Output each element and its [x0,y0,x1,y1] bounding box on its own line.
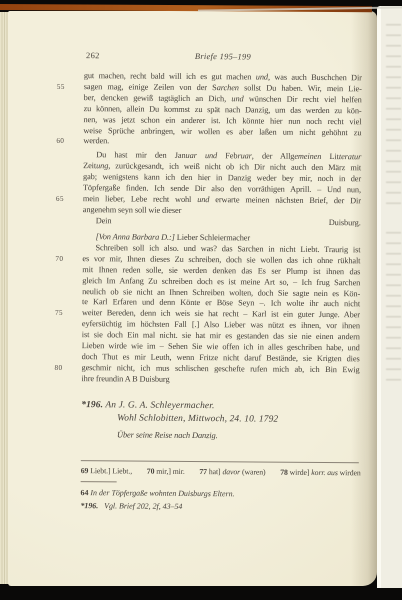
text-segment: 64 [81,488,89,497]
text-segment: werden. [83,137,109,146]
text-segment: [Von Anna Barbara D.:] [96,232,175,242]
text-segment: erwarte meinen nächsten Brief, der Dir [209,195,361,205]
text-segment: emeinen [294,152,321,161]
text-segment: gleich Im Anfang Zu schreiben doch es is… [82,276,360,287]
text-segment: , was auch Buschchen Dir [268,73,362,83]
page-number: 262 [86,51,100,60]
text-segment: ruar [237,151,251,160]
apparatus-entry: 77 hat] davor (waren) [199,466,265,478]
text-segment: , zurückgesandt, ich weiß nicht ob ich D… [108,161,361,172]
text-segment: gut machen, recht bald will ich es gut m… [84,71,256,81]
text-segment: doch Thut es mir Leuth, wenn Fritze nich… [82,352,360,363]
text-segment: Du hast mir den Jan [96,150,185,160]
text-segment: Über seine Reise nach Danzig. [117,430,218,440]
book-page: 262 Briefe 195–199 gut machen, recht bal… [8,11,377,586]
text-segment: wirde] [288,468,312,477]
page-header: 262 Briefe 195–199 [84,51,362,62]
signature-salutation: Dein [83,216,112,227]
text-segment: uar [186,151,197,160]
text-segment: 78 [280,468,288,477]
letter-196-heading: *196. An J. G. A. Schleyermacher.Wohl Sc… [81,399,359,427]
letter-196-subject: Über seine Reise nach Danzig. [81,430,359,443]
text-segment: ung [96,161,108,170]
text-segment: hat] [207,467,223,476]
text-segment: gab; wenigstens kann ich den hier in Dan… [83,172,361,183]
text-segment: eyfersüchtig im höchsten Fall [.] Also L… [82,319,360,330]
text-segment: Vgl. Brief 202, 2f, 43–54 [104,501,182,511]
text-segment: An J. G. A. Schleyermacher. [105,400,214,411]
line-number: 55 [57,82,79,93]
letter-anna-barbara-postscript: [Von Anna Barbara D.:] Lieber Schleierma… [81,232,360,387]
text-segment: Lieber Schleiermacher [175,233,250,243]
text-segment: wirden [338,468,361,477]
text-segment: , der Allg [252,151,295,160]
text-segment: sagen mag, einige Zeilen von der S [84,82,217,92]
facing-page-edge [377,6,402,588]
text-segment [197,151,205,160]
text-segment: Schreiben soll ich also. und was? das Sa… [95,243,360,254]
text-segment: es vor mir, Ihnen dieses Zu schreiben, d… [82,254,360,265]
text-segment: weise Sprüche anbringen, wir wollen es a… [83,126,361,137]
text-line: Wohl Schlobitten, Mittwoch, 24. 10. 1792 [81,412,359,427]
text-segment: Liebt.] Liebt., [88,466,132,475]
text-segment: Wohl Schlobitten, Mittwoch, 24. 10. 1792 [117,413,278,424]
text-segment: 69 [81,466,89,475]
text-line: 60werden. [83,137,361,150]
text-segment: weiter Bereden, denn ich weis sie hat re… [82,308,360,319]
line-number: 70 [55,254,77,265]
text-segment: mein lieber, Lebe recht wohl [83,194,197,204]
page-content: 262 Briefe 195–199 gut machen, recht bal… [6,11,380,589]
text-segment: und [197,195,209,204]
signature-row: DeinDuisburg. [83,216,361,229]
apparatus-entry: 78 wirde] korr. aus wirden [280,467,361,479]
text-segment: ber, dencken gewiß tagtäglich an Dich, [84,93,232,103]
letter-195-body-continuation: gut machen, recht bald will ich es gut m… [83,71,362,150]
text-segment: ihre freundin A B Duisburg [81,374,169,384]
text-segment: geschmir nicht, ich mus schlischen gesch… [82,363,360,374]
line-number: 75 [55,308,77,319]
text-segment: sollst Du haben. Wir, mein Lie- [239,83,362,93]
text-segment: te Karl Erfaren und denn Könte er Böse S… [82,298,360,309]
text-segment: Lit [321,152,339,161]
text-segment: mit Ihnen reden solle, sie werden denken… [82,265,360,276]
text-segment: *196. [80,501,98,510]
text-segment: mir,] mir. [154,467,184,476]
text-segment: neulich ob sie nicht an Ihnen Schreiben … [82,287,360,298]
text-segment: archen [217,83,239,92]
text-segment: und [231,94,243,103]
text-segment: teratur [339,152,361,161]
footnote-line: *196. Vgl. Brief 202, 2f, 43–54 [80,499,358,514]
text-segment: Lieben wirde wie im – Sehen Sie wie offe… [82,341,360,352]
text-segment: davor [222,467,240,476]
running-title: Briefe 195–199 [195,52,251,61]
text-segment: angenehm seyn soll wie dieser [83,205,182,215]
signature-name: Duisburg. [329,218,361,229]
text-segment: korr. aus [311,468,338,477]
text-segment: Töpfergaße finden. Ich sende Dir also de… [83,183,361,194]
text-segment: (waren) [240,467,265,476]
text-segment: und [205,151,217,160]
line-number: 60 [56,136,78,147]
text-segment: 70 [147,467,155,476]
text-segment: *196. [81,400,103,410]
text-segment: Feb [217,151,237,160]
text-segment: zu können, allein Du kommst zu spät nach… [84,104,362,115]
text-line: ihre freundin A B Duisburg [81,374,359,387]
footnotes: 64 In der Töpfergaße wohnten Duisburgs E… [80,486,358,514]
text-segment: nen, was jetzt schon ein anderer ist. Ic… [83,115,361,126]
text-segment: In der Töpfergaße wohnten Duisburgs Elte… [90,488,234,498]
letter-195-signature: DeinDuisburg. [83,216,361,229]
line-number: 65 [56,194,78,205]
text-line: Über seine Reise nach Danzig. [81,430,359,443]
letter-195-second-paragraph: Du hast mir den Januar und Februar, der … [83,150,362,218]
text-segment: und [256,72,268,81]
book-scan-photo: { "colors": { "paper": "#f3efdb", "cover… [0,0,402,600]
critical-apparatus: 69 Liebt.] Liebt.,70 mir,] mir.77 hat] d… [81,465,361,478]
text-segment: Zeit [83,161,96,170]
apparatus-rule [81,460,359,463]
apparatus-entry: 69 Liebt.] Liebt., [81,465,133,476]
footnote-separator-rule [81,481,117,482]
text-segment: ist sie doch Ein mal nicht. sie hat mir … [82,330,360,341]
line-number: 80 [55,363,77,374]
apparatus-entry: 70 mir,] mir. [147,466,185,477]
text-segment: wünschen Dir recht viel helfen [244,94,362,104]
